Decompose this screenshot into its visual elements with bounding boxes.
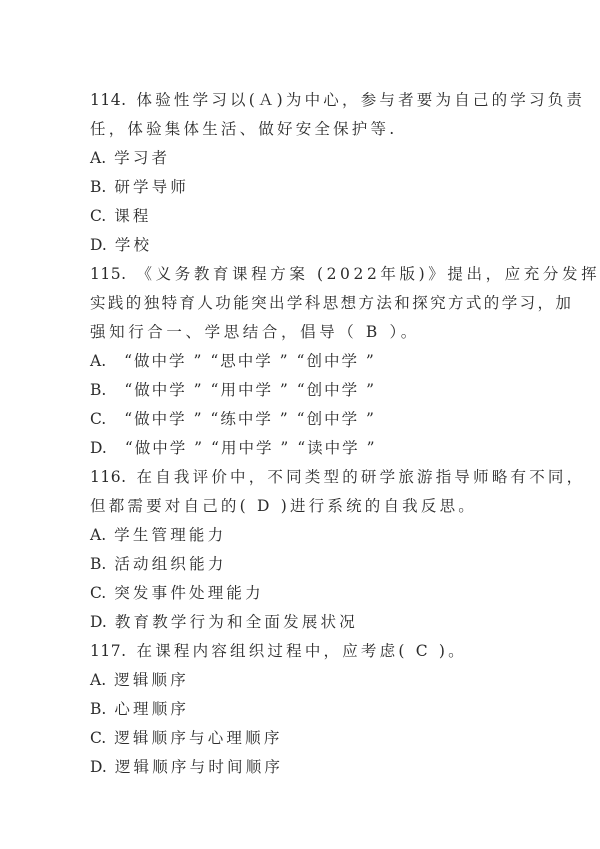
question-text: 《义务教育课程方案 (2022年版)》提出，应充分发挥 bbox=[137, 265, 600, 283]
option-text: “做中学 ” “练中学 ” “创中学 ” bbox=[124, 410, 376, 428]
option-text: 研学导师 bbox=[114, 178, 189, 196]
option-d: D.学校 bbox=[90, 231, 520, 260]
option-text: 课程 bbox=[114, 207, 151, 225]
option-text: 逻辑顺序与时间顺序 bbox=[115, 758, 283, 776]
option-letter: D. bbox=[90, 236, 107, 254]
question-stem-line: 117.在课程内容组织过程中，应考虑( C )。 bbox=[90, 637, 520, 666]
option-a: A.学习者 bbox=[90, 144, 520, 173]
question-116: 116.在自我评价中，不同类型的研学旅游指导师略有不同， 但都需要对自己的( D… bbox=[90, 463, 520, 637]
question-114: 114.体验性学习以(Ａ)为中心，参与者要为自己的学习负责 任，体验集体生活、做… bbox=[90, 86, 520, 260]
option-text: 学习者 bbox=[114, 149, 170, 167]
option-a: A.学生管理能力 bbox=[90, 521, 520, 550]
option-text: “做中学 ” “用中学 ” “读中学 ” bbox=[125, 439, 377, 457]
question-text: 体验性学习以(Ａ)为中心，参与者要为自己的学习负责 bbox=[137, 91, 586, 109]
question-text: 在课程内容组织过程中，应考虑( C )。 bbox=[137, 642, 467, 660]
option-letter: C. bbox=[90, 410, 106, 428]
question-stem-line: 但都需要对自己的( D )进行系统的自我反思。 bbox=[90, 492, 520, 521]
option-text: 心理顺序 bbox=[114, 700, 189, 718]
option-c: C.课程 bbox=[90, 202, 520, 231]
option-b: B.研学导师 bbox=[90, 173, 520, 202]
question-text: 在自我评价中，不同类型的研学旅游指导师略有不同， bbox=[137, 468, 586, 486]
option-c: C.突发事件处理能力 bbox=[90, 579, 520, 608]
option-d: D.教育教学行为和全面发展状况 bbox=[90, 608, 520, 637]
question-stem-line: 任，体验集体生活、做好安全保护等. bbox=[90, 115, 520, 144]
question-stem-line: 115.《义务教育课程方案 (2022年版)》提出，应充分发挥 bbox=[90, 260, 520, 289]
option-letter: B. bbox=[90, 700, 106, 718]
option-c: C.“做中学 ” “练中学 ” “创中学 ” bbox=[90, 405, 520, 434]
option-text: 突发事件处理能力 bbox=[114, 584, 264, 602]
option-letter: D. bbox=[90, 613, 107, 631]
option-text: 教育教学行为和全面发展状况 bbox=[115, 613, 358, 631]
option-b: B.“做中学 ” “用中学 ” “创中学 ” bbox=[90, 376, 520, 405]
question-115: 115.《义务教育课程方案 (2022年版)》提出，应充分发挥 实践的独特育人功… bbox=[90, 260, 520, 463]
question-stem-line: 强知行合一、学思结合，倡导（ B ）。 bbox=[90, 318, 520, 347]
option-letter: C. bbox=[90, 729, 106, 747]
question-stem-line: 116.在自我评价中，不同类型的研学旅游指导师略有不同， bbox=[90, 463, 520, 492]
option-letter: B. bbox=[90, 555, 106, 573]
option-text: 逻辑顺序与心理顺序 bbox=[114, 729, 282, 747]
option-letter: A. bbox=[90, 671, 106, 689]
option-letter: A. bbox=[90, 149, 106, 167]
option-text: 活动组织能力 bbox=[114, 555, 226, 573]
option-text: 逻辑顺序 bbox=[114, 671, 189, 689]
option-text: “做中学 ” “思中学 ” “创中学 ” bbox=[124, 352, 376, 370]
question-number: 117. bbox=[90, 642, 127, 660]
option-text: 学生管理能力 bbox=[114, 526, 226, 544]
question-stem-line: 114.体验性学习以(Ａ)为中心，参与者要为自己的学习负责 bbox=[90, 86, 520, 115]
option-b: B.心理顺序 bbox=[90, 695, 520, 724]
question-117: 117.在课程内容组织过程中，应考虑( C )。 A.逻辑顺序 B.心理顺序 C… bbox=[90, 637, 520, 782]
option-text: 学校 bbox=[115, 236, 152, 254]
question-number: 116. bbox=[90, 468, 127, 486]
option-letter: B. bbox=[90, 381, 106, 399]
option-text: “做中学 ” “用中学 ” “创中学 ” bbox=[124, 381, 376, 399]
option-letter: A. bbox=[90, 352, 106, 370]
option-letter: C. bbox=[90, 584, 106, 602]
option-letter: C. bbox=[90, 207, 106, 225]
question-number: 114. bbox=[90, 91, 127, 109]
question-stem-line: 实践的独特育人功能突出学科思想方法和探究方式的学习，加 bbox=[90, 289, 520, 318]
document-page: 114.体验性学习以(Ａ)为中心，参与者要为自己的学习负责 任，体验集体生活、做… bbox=[90, 86, 520, 782]
option-a: A.“做中学 ” “思中学 ” “创中学 ” bbox=[90, 347, 520, 376]
option-letter: B. bbox=[90, 178, 106, 196]
option-d: D.“做中学 ” “用中学 ” “读中学 ” bbox=[90, 434, 520, 463]
option-letter: D. bbox=[90, 439, 107, 457]
option-a: A.逻辑顺序 bbox=[90, 666, 520, 695]
option-c: C.逻辑顺序与心理顺序 bbox=[90, 724, 520, 753]
question-number: 115. bbox=[90, 265, 127, 283]
option-letter: A. bbox=[90, 526, 106, 544]
option-d: D.逻辑顺序与时间顺序 bbox=[90, 753, 520, 782]
option-letter: D. bbox=[90, 758, 107, 776]
option-b: B.活动组织能力 bbox=[90, 550, 520, 579]
